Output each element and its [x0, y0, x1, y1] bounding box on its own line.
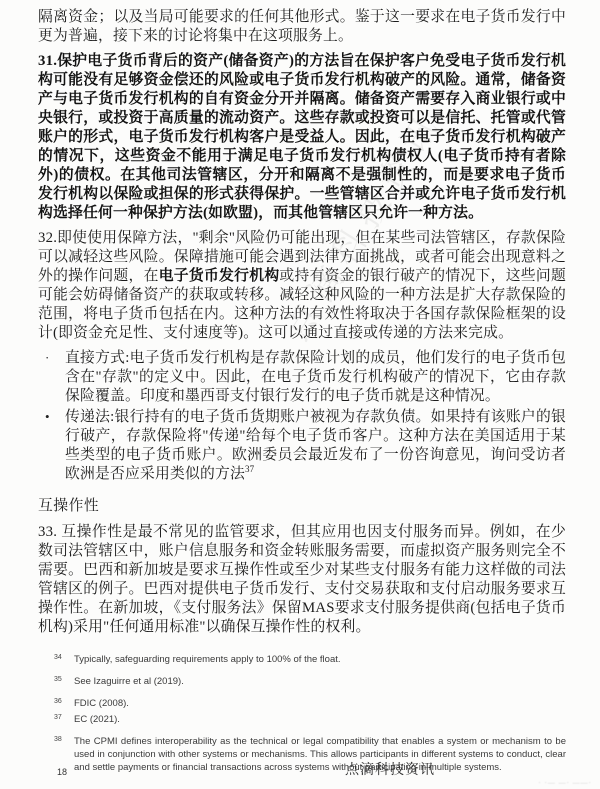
footnote-number: 38 — [54, 735, 74, 743]
paragraph-31: 31.保护电子货币背后的资产(储备资产)的方法旨在保护客户免受电子货币发行机构可… — [38, 52, 566, 223]
footnote-35: 35 See Izaguirre et al (2019). — [38, 675, 566, 688]
footnote-number: 34 — [54, 653, 74, 661]
list-item-direct-method: ·直接方式:电子货币发行机构是存款保险计划的成员，他们发行的电子货币包含在"存款… — [65, 349, 566, 406]
footnote-text: EC (2021). — [74, 713, 566, 726]
bullet-dot-icon: · — [45, 348, 50, 367]
safeguarding-methods-list: ·直接方式:电子货币发行机构是存款保险计划的成员，他们发行的电子货币包含在"存款… — [38, 349, 566, 484]
corner-watermark-smudge: · ·— —· ——· — [538, 779, 592, 787]
page-footer: 18 点滴科技资讯 · ·— —· ——· — [0, 755, 600, 789]
footnote-text: See Izaguirre et al (2019). — [74, 675, 566, 688]
bullet-dot-icon: • — [45, 407, 50, 426]
footer-site-name: 点滴科技资讯 — [345, 759, 435, 779]
document-page: 点滴科技资讯 隔离资金；以及当局可能要求的任何其他形式。鉴于这一要求在电子货币发… — [0, 0, 600, 789]
footnote-number: 37 — [54, 713, 74, 721]
footnote-34: 34 Typically, safeguarding requirements … — [38, 653, 566, 666]
footnote-text: Typically, safeguarding requirements app… — [74, 653, 566, 666]
paragraph-32: 32.即使使用保障方法，"剩余"风险仍可能出现，但在某些司法管辖区，存款保险可以… — [38, 229, 566, 343]
page-number: 18 — [57, 767, 67, 777]
list-item-direct-method-text: 直接方式:电子货币发行机构是存款保险计划的成员，他们发行的电子货币包含在"存款"… — [65, 350, 566, 404]
section-heading-interoperability: 互操作性 — [38, 494, 566, 515]
paragraph-33: 33. 互操作性是最不常见的监管要求，但其应用也因支付服务而异。例如，在少数司法… — [38, 523, 566, 637]
paragraph-32-bold-term: 电子货币发行机构 — [159, 268, 280, 284]
footnote-37: 37 EC (2021). — [38, 713, 566, 726]
footnote-36: 36 FDIC (2008). — [38, 697, 566, 710]
footnote-number: 35 — [54, 675, 74, 683]
footnote-reference-37: 37 — [245, 464, 254, 474]
list-item-passthrough-method: •传递法:银行持有的电子货币货期账户被视为存款负债。如果持有该账户的银行破产，存… — [65, 408, 566, 484]
intro-paragraph: 隔离资金；以及当局可能要求的任何其他形式。鉴于这一要求在电子货币发行中更为普遍，… — [38, 8, 566, 46]
list-item-passthrough-method-text: 传递法:银行持有的电子货币货期账户被视为存款负债。如果持有该账户的银行破产，存款… — [65, 409, 566, 482]
footnote-number: 36 — [54, 697, 74, 705]
footnote-text: FDIC (2008). — [74, 697, 566, 710]
page-content: 隔离资金；以及当局可能要求的任何其他形式。鉴于这一要求在电子货币发行中更为普遍，… — [0, 0, 600, 774]
